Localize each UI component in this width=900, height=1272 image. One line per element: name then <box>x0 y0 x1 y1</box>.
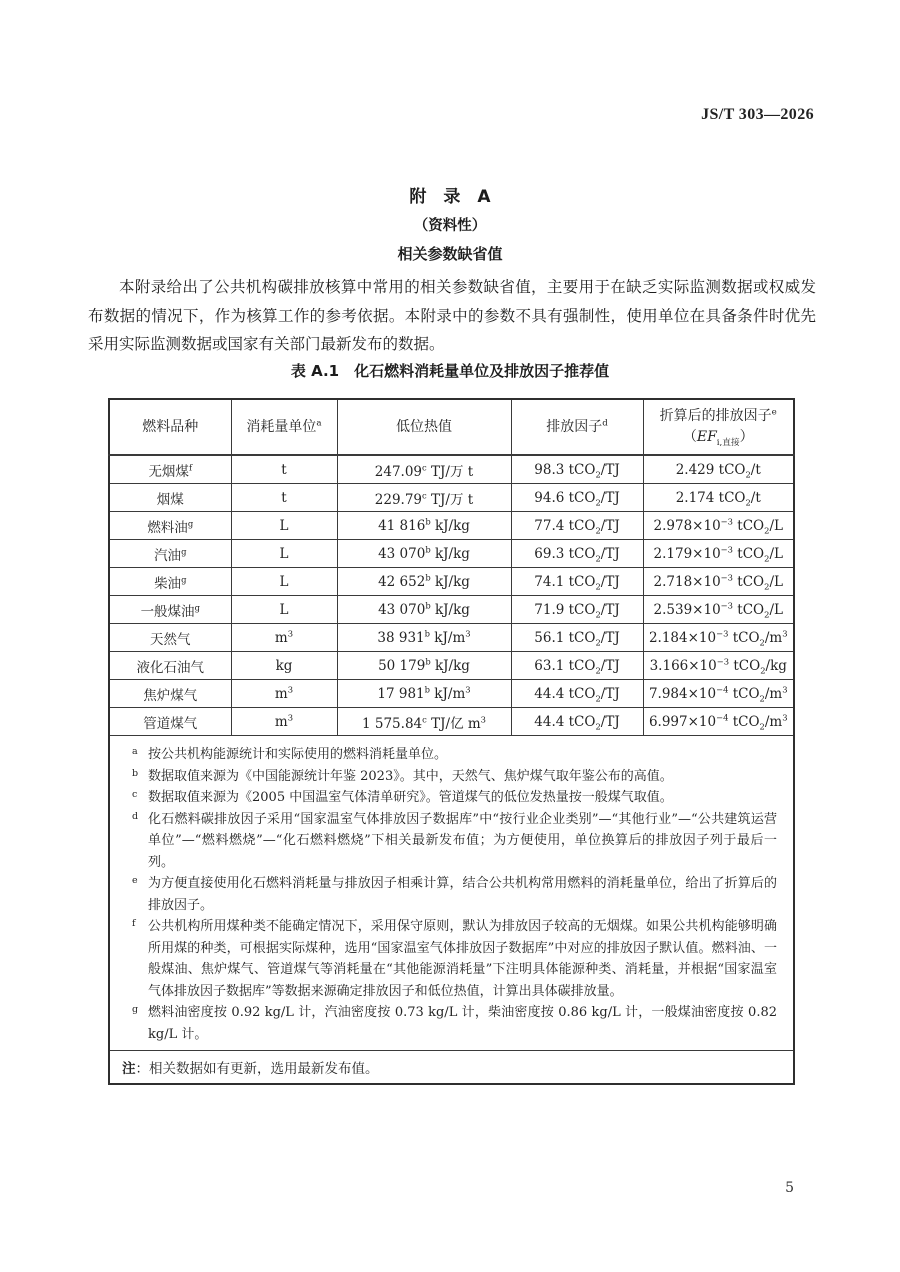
table-row: 无烟煤ft247.09c TJ/万 t98.3 tCO2/TJ2.429 tCO… <box>109 455 794 484</box>
column-header: 折算后的排放因子e（EFi,直接） <box>643 399 794 455</box>
table-footnote-b: b数据取值来源为《中国能源统计年鉴 2023》。其中，天然气、焦炉煤气取年鉴公布… <box>124 766 777 788</box>
table-footnote-d: d化石燃料碳排放因子采用“国家温室气体排放因子数据库”中“按行业企业类别”—“其… <box>124 809 777 874</box>
table-cell: 43 070b kJ/kg <box>337 540 511 568</box>
footnote-text: 按公共机构能源统计和实际使用的燃料消耗量单位。 <box>148 747 447 762</box>
table-cell: 44.4 tCO2/TJ <box>511 708 643 736</box>
footnotes-row: a按公共机构能源统计和实际使用的燃料消耗量单位。b数据取值来源为《中国能源统计年… <box>109 736 794 1051</box>
table-cell: 98.3 tCO2/TJ <box>511 455 643 484</box>
footnote-text: 数据取值来源为《2005 中国温室气体清单研究》。管道煤气的低位发热量按一般煤气… <box>148 790 673 805</box>
table-footnote-e: e为方便直接使用化石燃料消耗量与排放因子相乘计算，结合公共机构常用燃料的消耗量单… <box>124 873 777 916</box>
fuel-emission-table: 燃料品种消耗量单位a低位热值排放因子d折算后的排放因子e（EFi,直接） 无烟煤… <box>108 398 795 1085</box>
appendix-heading: 相关参数缺省值 <box>0 243 900 264</box>
note-text: ：相关数据如有更新，选用最新发布值。 <box>136 1061 379 1077</box>
footnote-marker: e <box>132 870 138 892</box>
table-cell: 7.984×10−4 tCO2/m3 <box>643 680 794 708</box>
appendix-title-block: 附 录 A （资料性） 相关参数缺省值 <box>0 182 900 264</box>
table-cell: L <box>231 568 337 596</box>
table-foot: a按公共机构能源统计和实际使用的燃料消耗量单位。b数据取值来源为《中国能源统计年… <box>109 736 794 1085</box>
table-cell: 管道煤气 <box>109 708 231 736</box>
footnote-marker: g <box>132 999 138 1021</box>
table-cell: 17 981b kJ/m3 <box>337 680 511 708</box>
table-cell: 3.166×10−3 tCO2/kg <box>643 652 794 680</box>
table-cell: 94.6 tCO2/TJ <box>511 484 643 512</box>
footnote-marker: b <box>132 763 138 785</box>
table-cell: 56.1 tCO2/TJ <box>511 624 643 652</box>
table-cell: 2.539×10−3 tCO2/L <box>643 596 794 624</box>
table-row: 管道煤气m31 575.84c TJ/亿 m344.4 tCO2/TJ6.997… <box>109 708 794 736</box>
table-cell: 42 652b kJ/kg <box>337 568 511 596</box>
table-row: 天然气m338 931b kJ/m356.1 tCO2/TJ2.184×10−3… <box>109 624 794 652</box>
table-row: 焦炉煤气m317 981b kJ/m344.4 tCO2/TJ7.984×10−… <box>109 680 794 708</box>
table-cell: 烟煤 <box>109 484 231 512</box>
table-cell: 43 070b kJ/kg <box>337 596 511 624</box>
table-body: 无烟煤ft247.09c TJ/万 t98.3 tCO2/TJ2.429 tCO… <box>109 455 794 736</box>
table-head: 燃料品种消耗量单位a低位热值排放因子d折算后的排放因子e（EFi,直接） <box>109 399 794 455</box>
table-cell: 一般煤油g <box>109 596 231 624</box>
table-cell: 247.09c TJ/万 t <box>337 455 511 484</box>
standard-code: JS/T 303—2026 <box>701 106 814 124</box>
table-cell: kg <box>231 652 337 680</box>
table-cell: m3 <box>231 680 337 708</box>
table-cell: L <box>231 596 337 624</box>
footnotes-cell: a按公共机构能源统计和实际使用的燃料消耗量单位。b数据取值来源为《中国能源统计年… <box>109 736 794 1051</box>
table-note: 注：相关数据如有更新，选用最新发布值。 <box>109 1051 794 1085</box>
table-cell: 2.718×10−3 tCO2/L <box>643 568 794 596</box>
table-row: 柴油gL42 652b kJ/kg74.1 tCO2/TJ2.718×10−3 … <box>109 568 794 596</box>
note-label: 注 <box>122 1061 136 1077</box>
table-cell: 44.4 tCO2/TJ <box>511 680 643 708</box>
column-header: 排放因子d <box>511 399 643 455</box>
page-number: 5 <box>785 1180 794 1196</box>
footnote-marker: c <box>132 784 137 806</box>
column-header: 燃料品种 <box>109 399 231 455</box>
table-cell: 汽油g <box>109 540 231 568</box>
appendix-classification: （资料性） <box>0 214 900 235</box>
table-cell: 焦炉煤气 <box>109 680 231 708</box>
table-cell: 63.1 tCO2/TJ <box>511 652 643 680</box>
table-header-row: 燃料品种消耗量单位a低位热值排放因子d折算后的排放因子e（EFi,直接） <box>109 399 794 455</box>
table-footnote-a: a按公共机构能源统计和实际使用的燃料消耗量单位。 <box>124 744 777 766</box>
table-cell: 燃料油g <box>109 512 231 540</box>
table-cell: 71.9 tCO2/TJ <box>511 596 643 624</box>
table-caption: 表 A.1 化石燃料消耗量单位及排放因子推荐值 <box>0 360 900 381</box>
table-cell: 2.174 tCO2/t <box>643 484 794 512</box>
table-footnote-g: g燃料油密度按 0.92 kg/L 计，汽油密度按 0.73 kg/L 计，柴油… <box>124 1002 777 1045</box>
table-row: 液化石油气kg50 179b kJ/kg63.1 tCO2/TJ3.166×10… <box>109 652 794 680</box>
table-cell: 77.4 tCO2/TJ <box>511 512 643 540</box>
table-cell: 69.3 tCO2/TJ <box>511 540 643 568</box>
footnote-marker: a <box>132 741 138 763</box>
intro-paragraph: 本附录给出了公共机构碳排放核算中常用的相关参数缺省值，主要用于在缺乏实际监测数据… <box>88 273 816 359</box>
column-header: 消耗量单位a <box>231 399 337 455</box>
column-header: 低位热值 <box>337 399 511 455</box>
table-cell: 柴油g <box>109 568 231 596</box>
table-cell: 229.79c TJ/万 t <box>337 484 511 512</box>
table-cell: 2.184×10−3 tCO2/m3 <box>643 624 794 652</box>
table-cell: 6.997×10−4 tCO2/m3 <box>643 708 794 736</box>
footnote-text: 化石燃料碳排放因子采用“国家温室气体排放因子数据库”中“按行业企业类别”—“其他… <box>148 812 777 870</box>
table-cell: 1 575.84c TJ/亿 m3 <box>337 708 511 736</box>
table-cell: t <box>231 455 337 484</box>
table-cell: 2.179×10−3 tCO2/L <box>643 540 794 568</box>
table-row: 汽油gL43 070b kJ/kg69.3 tCO2/TJ2.179×10−3 … <box>109 540 794 568</box>
table-row: 一般煤油gL43 070b kJ/kg71.9 tCO2/TJ2.539×10−… <box>109 596 794 624</box>
footnote-marker: f <box>132 913 136 935</box>
appendix-title: 附 录 A <box>0 182 900 207</box>
table-cell: m3 <box>231 708 337 736</box>
table-cell: 天然气 <box>109 624 231 652</box>
table-cell: m3 <box>231 624 337 652</box>
footnote-text: 燃料油密度按 0.92 kg/L 计，汽油密度按 0.73 kg/L 计，柴油密… <box>148 1005 777 1042</box>
table-footnote-f: f公共机构所用煤种类不能确定情况下，采用保守原则，默认为排放因子较高的无烟煤。如… <box>124 916 777 1002</box>
table-cell: L <box>231 512 337 540</box>
table-cell: 2.429 tCO2/t <box>643 455 794 484</box>
document-page: JS/T 303—2026 附 录 A （资料性） 相关参数缺省值 本附录给出了… <box>0 0 900 1272</box>
table-cell: 38 931b kJ/m3 <box>337 624 511 652</box>
table-row: 烟煤t229.79c TJ/万 t94.6 tCO2/TJ2.174 tCO2/… <box>109 484 794 512</box>
table-cell: 液化石油气 <box>109 652 231 680</box>
note-row: 注：相关数据如有更新，选用最新发布值。 <box>109 1051 794 1085</box>
footnote-marker: d <box>132 806 138 828</box>
table-row: 燃料油gL41 816b kJ/kg77.4 tCO2/TJ2.978×10−3… <box>109 512 794 540</box>
table-footnote-c: c数据取值来源为《2005 中国温室气体清单研究》。管道煤气的低位发热量按一般煤… <box>124 787 777 809</box>
footnote-text: 公共机构所用煤种类不能确定情况下，采用保守原则，默认为排放因子较高的无烟煤。如果… <box>148 919 777 999</box>
footnote-text: 数据取值来源为《中国能源统计年鉴 2023》。其中，天然气、焦炉煤气取年鉴公布的… <box>148 769 673 784</box>
footnotes-block: a按公共机构能源统计和实际使用的燃料消耗量单位。b数据取值来源为《中国能源统计年… <box>124 744 777 1045</box>
footnote-text: 为方便直接使用化石燃料消耗量与排放因子相乘计算，结合公共机构常用燃料的消耗量单位… <box>148 876 777 913</box>
table-cell: 74.1 tCO2/TJ <box>511 568 643 596</box>
table-cell: L <box>231 540 337 568</box>
table-cell: 2.978×10−3 tCO2/L <box>643 512 794 540</box>
table-cell: 无烟煤f <box>109 455 231 484</box>
table-cell: 41 816b kJ/kg <box>337 512 511 540</box>
table-cell: t <box>231 484 337 512</box>
table-cell: 50 179b kJ/kg <box>337 652 511 680</box>
